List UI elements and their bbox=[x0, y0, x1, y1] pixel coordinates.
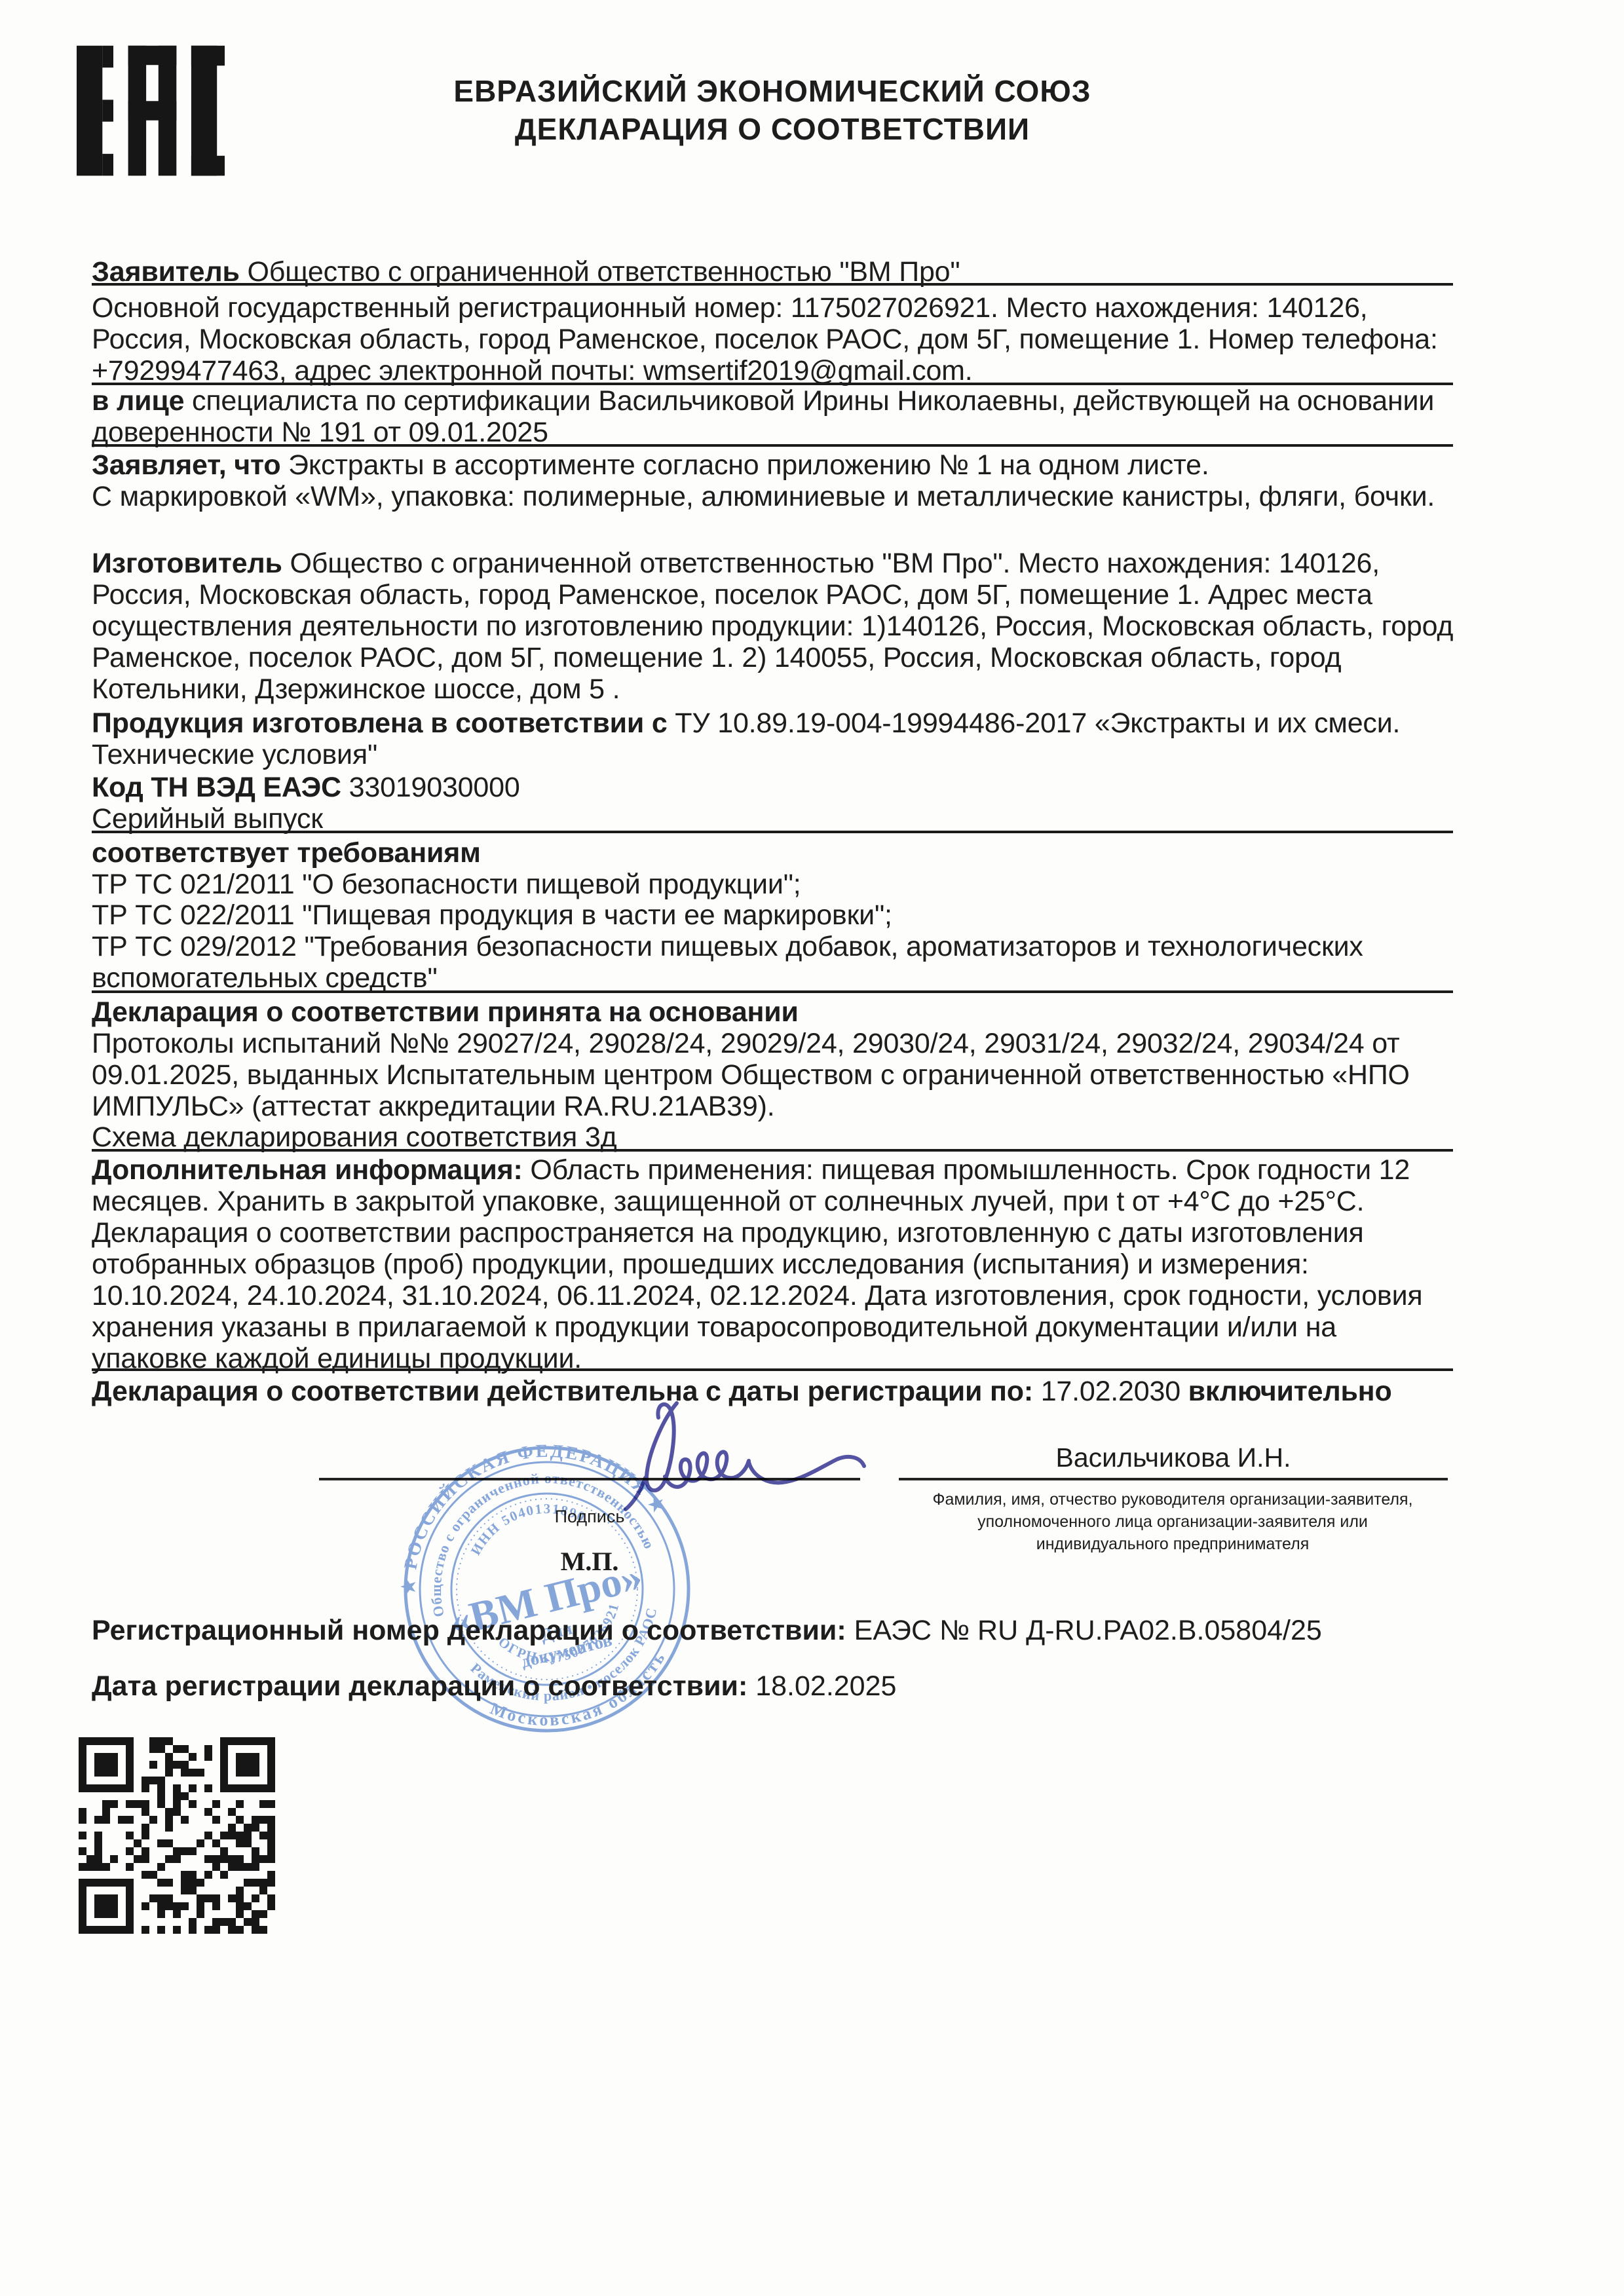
signatory-name: Васильчикова И.Н. bbox=[899, 1442, 1448, 1473]
field-marking: С маркировкой «WM», упаковка: полимерные… bbox=[92, 481, 1458, 512]
heading-basis: Декларация о соответствии принята на осн… bbox=[92, 996, 1458, 1028]
name-caption: Фамилия, имя, отчество руководителя орга… bbox=[878, 1488, 1467, 1555]
field-serial: Серийный выпуск bbox=[92, 803, 1458, 835]
title-line-2: ДЕКЛАРАЦИЯ О СООТВЕТСТВИИ bbox=[92, 110, 1453, 148]
field-tnved-code: Код ТН ВЭД ЕАЭС 33019030000 bbox=[92, 772, 1458, 803]
rule-7 bbox=[92, 1368, 1453, 1371]
field-protocols: Протоколы испытаний №№ 29027/24, 29028/2… bbox=[92, 1028, 1458, 1122]
field-declares: Заявляет, что Экстракты в ассортименте с… bbox=[92, 449, 1458, 481]
rule-1 bbox=[92, 283, 1453, 286]
regulation-2: ТР ТС 022/2011 "Пищевая продукция в част… bbox=[92, 899, 1458, 931]
document-title: ЕВРАЗИЙСКИЙ ЭКОНОМИЧЕСКИЙ СОЮЗ ДЕКЛАРАЦИ… bbox=[92, 72, 1453, 148]
qr-code bbox=[79, 1737, 275, 1934]
field-representative: в лице специалиста по сертификации Васил… bbox=[92, 385, 1458, 448]
field-produced-according: Продукция изготовлена в соответствии с Т… bbox=[92, 707, 1458, 770]
field-applicant-details: Основной государственный регистрационный… bbox=[92, 292, 1458, 386]
field-scheme: Схема декларирования соответствия 3д bbox=[92, 1121, 1458, 1153]
field-additional-info: Дополнительная информация: Область приме… bbox=[92, 1154, 1458, 1374]
registration-date-line: Дата регистрации декларации о соответств… bbox=[92, 1670, 896, 1703]
regulation-1: ТР ТС 021/2011 "О безопасности пищевой п… bbox=[92, 869, 1458, 900]
rule-4 bbox=[92, 831, 1453, 833]
declaration-document: ЕВРАЗИЙСКИЙ ЭКОНОМИЧЕСКИЙ СОЮЗ ДЕКЛАРАЦИ… bbox=[0, 0, 1624, 2296]
title-line-1: ЕВРАЗИЙСКИЙ ЭКОНОМИЧЕСКИЙ СОЮЗ bbox=[92, 72, 1453, 110]
rule-2 bbox=[92, 383, 1453, 385]
registration-number-line: Регистрационный номер декларации о соотв… bbox=[92, 1615, 1322, 1647]
rule-6 bbox=[92, 1149, 1453, 1152]
field-manufacturer: Изготовитель Общество с ограниченной отв… bbox=[92, 548, 1458, 705]
rule-3 bbox=[92, 444, 1453, 447]
name-line bbox=[899, 1478, 1448, 1480]
rule-5 bbox=[92, 990, 1453, 993]
heading-complies: соответствует требованиям bbox=[92, 837, 1458, 869]
handwritten-signature bbox=[599, 1394, 888, 1515]
regulation-3: ТР ТС 029/2012 "Требования безопасности … bbox=[92, 931, 1458, 994]
